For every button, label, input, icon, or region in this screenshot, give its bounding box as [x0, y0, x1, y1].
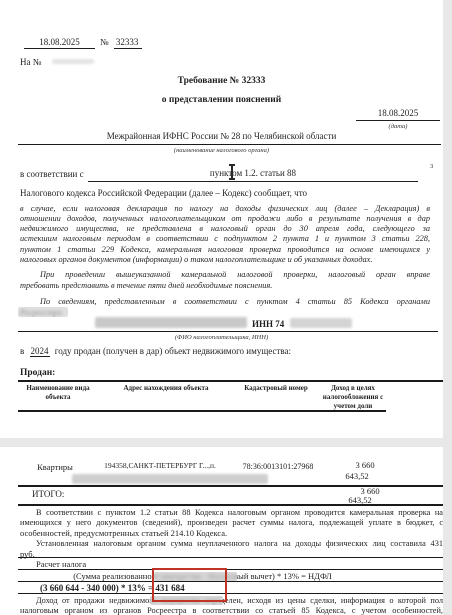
stamp-date: 18.08.2025 — [24, 37, 95, 49]
text-cursor-icon — [228, 164, 236, 180]
document-viewer: 18.08.2025 № 32333 На № Требование № 323… — [0, 0, 452, 615]
redacted-address-line — [72, 474, 268, 484]
org-caption: (наименование налогового органа) — [0, 147, 443, 154]
total-bottom-rule — [18, 504, 443, 506]
rosreestr-smudge — [18, 307, 68, 317]
col-header-cadastre: Кадастровый номер — [232, 384, 320, 393]
para-line: налоговым органом из органов Росреестра … — [20, 606, 443, 615]
number-sign: № — [100, 37, 109, 47]
redacted-inn-digits — [290, 318, 352, 328]
total-label: ИТОГО: — [32, 489, 64, 499]
row-address-line1: 194358,САНКТ-ПЕТЕРБУРГ Г...,п. — [88, 462, 232, 471]
row-income-line1: 3 660 — [330, 461, 400, 471]
row-object-type: Квартиры — [28, 463, 82, 473]
table-top-rule — [18, 380, 443, 382]
taxpayer-caption: (ФИО налогоплательщика, ИНН) — [0, 334, 443, 341]
table-caption: Продан: — [20, 368, 55, 379]
col-header-income: Доход в целях налогообложения с учетом д… — [313, 384, 393, 410]
calc-rule-4 — [18, 593, 443, 594]
calc-rule-1 — [18, 557, 443, 558]
quote-line: требовать представить в течение пяти дне… — [20, 281, 272, 291]
quote-line: По сведениям, представленным в соответст… — [40, 297, 430, 308]
intro-prefix: в соответствии с — [20, 169, 84, 179]
article-reference: пунктом 1.2. статьи 88 — [88, 168, 418, 182]
inn-visible: ИНН 74 — [252, 319, 284, 329]
stamp-number: № 32333 — [100, 37, 142, 47]
redacted-na-no-line — [52, 59, 94, 64]
org-underline — [18, 144, 441, 145]
highlight-annotation-box — [152, 568, 227, 602]
sold-year-line: в 2024 году продан (получен в дар) объек… — [20, 346, 291, 356]
table-header-rule — [18, 410, 386, 412]
document-number: 32333 — [114, 37, 143, 49]
quote-line: При проведении вышеуказанной камеральной… — [40, 270, 430, 281]
na-no-label: На № — [20, 57, 41, 67]
taxpayer-underline — [18, 331, 438, 332]
para-line: Установленная налоговым органом сумма не… — [36, 539, 443, 550]
row-cadastral-number: 78:36:0013101:27968 — [230, 462, 326, 471]
col-header-address: Адрес нахождения объекта — [100, 384, 232, 393]
para-line: руб. — [20, 550, 35, 560]
quote-line: истекшим налоговым периодом в соответств… — [20, 234, 430, 245]
footnote-ref: 3 — [430, 163, 433, 170]
tax-org-name: Межрайонная ИФНС России № 28 по Челябинс… — [0, 131, 443, 141]
row-income-line2: 643,52 — [322, 472, 392, 482]
para-line: особенностей, предусмотренных статьей 21… — [20, 529, 227, 539]
date-caption: (дата) — [356, 123, 440, 130]
date-right: 18.08.2025 — [356, 108, 440, 121]
kodeks-line: Налогового кодекса Российской Федерации … — [20, 188, 307, 198]
year-value: 2024 — [30, 346, 50, 357]
document-title-line1: Требование № 32333 — [0, 76, 443, 87]
redacted-taxpayer-name — [95, 317, 247, 328]
col-header-object-type: Наименование вида объекта — [22, 384, 94, 402]
quote-line: налоговых органов документов (информации… — [20, 255, 372, 265]
document-title-line2: о представлении пояснений — [0, 95, 443, 106]
